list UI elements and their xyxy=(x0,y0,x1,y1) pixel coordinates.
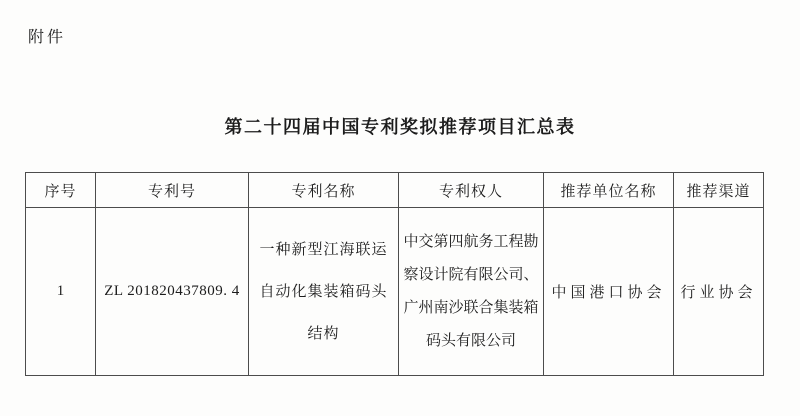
patent-summary-table: 序号 专利号 专利名称 专利权人 推荐单位名称 推荐渠道 1 ZL 201820… xyxy=(25,172,764,376)
header-cell-channel: 推荐渠道 xyxy=(674,173,764,208)
cell-patentee: 中交第四航务工程勘察设计院有限公司、广州南沙联合集装箱码头有限公司 xyxy=(399,208,544,376)
cell-patent-number: ZL 201820437809. 4 xyxy=(96,208,249,376)
attachment-label: 附件 xyxy=(28,24,66,47)
cell-serial: 1 xyxy=(26,208,96,376)
header-cell-recommending-unit: 推荐单位名称 xyxy=(544,173,674,208)
header-cell-patent-name: 专利名称 xyxy=(249,173,399,208)
header-cell-patent-number: 专利号 xyxy=(96,173,249,208)
header-cell-serial: 序号 xyxy=(26,173,96,208)
cell-patent-name: 一种新型江海联运自动化集装箱码头结构 xyxy=(249,208,399,376)
page-title: 第二十四届中国专利奖拟推荐项目汇总表 xyxy=(0,113,800,139)
cell-channel: 行业协会 xyxy=(674,208,764,376)
table-row: 1 ZL 201820437809. 4 一种新型江海联运自动化集装箱码头结构 … xyxy=(26,208,764,376)
patent-name-text: 一种新型江海联运自动化集装箱码头结构 xyxy=(258,229,390,355)
cell-recommending-unit: 中国港口协会 xyxy=(544,208,674,376)
table-header-row: 序号 专利号 专利名称 专利权人 推荐单位名称 推荐渠道 xyxy=(26,173,764,208)
header-cell-patentee: 专利权人 xyxy=(399,173,544,208)
patentee-text: 中交第四航务工程勘察设计院有限公司、广州南沙联合集装箱码头有限公司 xyxy=(403,226,540,358)
